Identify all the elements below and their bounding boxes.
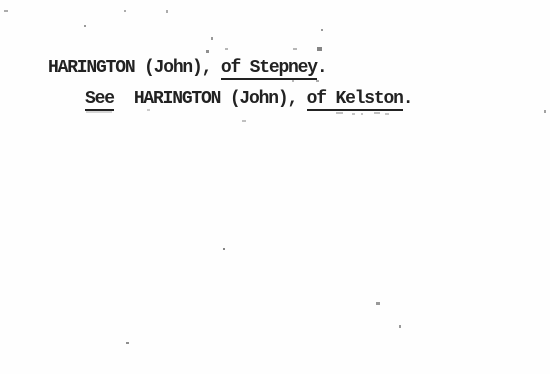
scan-speck bbox=[242, 120, 246, 122]
entry-name: HARINGTON (John), bbox=[48, 58, 221, 78]
scan-speck bbox=[206, 50, 209, 53]
scan-speck bbox=[361, 113, 363, 115]
scan-speck bbox=[147, 109, 150, 111]
catalog-card: HARINGTON (John), of Stepney. SeeHARINGT… bbox=[0, 0, 550, 374]
scan-speck bbox=[124, 10, 126, 12]
cross-reference-line: SeeHARINGTON (John), of Kelston. bbox=[85, 90, 412, 108]
entry-heading: HARINGTON (John), of Stepney. bbox=[48, 59, 326, 77]
scan-speck bbox=[544, 110, 546, 113]
scan-speck bbox=[352, 113, 355, 115]
scan-speck bbox=[293, 48, 297, 50]
scan-speck bbox=[385, 113, 389, 115]
scan-speck bbox=[374, 112, 380, 114]
scan-noise bbox=[0, 0, 550, 374]
scan-speck bbox=[376, 302, 380, 305]
scan-speck bbox=[223, 248, 225, 250]
scan-speck bbox=[317, 47, 322, 51]
scan-speck bbox=[225, 48, 228, 50]
reference-name: HARINGTON (John), bbox=[134, 89, 307, 109]
reference-place-underlined: of Kelston bbox=[307, 89, 403, 111]
scan-speck bbox=[399, 325, 401, 328]
entry-period: . bbox=[317, 58, 327, 78]
scan-speck bbox=[292, 80, 294, 82]
see-label: See bbox=[85, 89, 114, 111]
scan-speck bbox=[321, 29, 323, 31]
scan-speck bbox=[86, 111, 112, 113]
entry-place-underlined: of Stepney bbox=[221, 58, 317, 80]
scan-speck bbox=[211, 37, 213, 40]
scan-speck bbox=[84, 25, 86, 27]
reference-period: . bbox=[403, 89, 413, 109]
scan-speck bbox=[4, 10, 8, 12]
scan-speck bbox=[166, 10, 168, 13]
scan-speck bbox=[126, 342, 129, 344]
scan-speck bbox=[316, 80, 319, 82]
scan-speck bbox=[336, 112, 343, 114]
